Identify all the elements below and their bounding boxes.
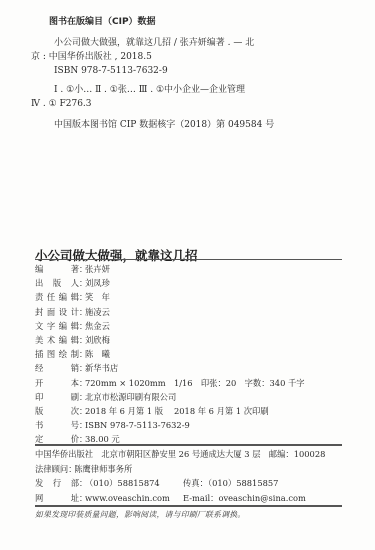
credit-label: 经销	[35, 361, 79, 375]
credit-value: 笑 年	[85, 290, 110, 304]
credit-value: 焦金云	[85, 319, 110, 333]
credit-row: 印刷：北京市松源印刷有限公司	[35, 390, 305, 404]
credit-label: 责任编辑	[35, 290, 79, 304]
credit-row: 插图绘制：陈 曦	[35, 347, 305, 361]
divider	[35, 444, 342, 446]
credit-row: 责任编辑：笑 年	[35, 290, 305, 304]
cip-isbn: ISBN 978-7-5113-7632-9	[31, 64, 351, 78]
phone-number: （010）58815874	[85, 476, 160, 491]
credit-row: 书号：ISBN 978-7-5113-7632-9	[35, 418, 305, 432]
credit-value: 北京市松源印刷有限公司	[85, 390, 176, 404]
divider	[35, 259, 342, 260]
credit-label: 版次	[35, 404, 79, 418]
credit-row: 开本：720mm × 1020mm 1/16 印张：20 字数：340 千字	[35, 376, 305, 390]
fax-number: （010）58815857	[208, 478, 279, 488]
credit-label: 印刷	[35, 390, 79, 404]
divider	[35, 505, 342, 507]
website-link[interactable]: www.oveaschin.com	[85, 491, 170, 506]
publisher-address: 中国华侨出版社 北京市朝阳区静安里 26 号通成达大厦 3 层 邮编：10002…	[35, 447, 325, 462]
credit-label: 编著	[35, 262, 79, 276]
cip-title: 图书在版编目（CIP）数据	[49, 14, 351, 27]
credits-list: 编著：张卉妍 出版人：刘凤珍 责任编辑：笑 年 封面设计：施凌云 文字编辑：焦金…	[35, 262, 305, 446]
cip-line: 小公司做大做强，就靠这几招 / 张卉妍编著 . — 北	[31, 36, 351, 50]
credit-label: 书号	[35, 418, 79, 432]
cip-line: 京 : 中国华侨出版社 , 2018.5	[31, 50, 351, 64]
email-link[interactable]: oveaschin@sina.com	[218, 493, 305, 503]
credit-row: 文字编辑：焦金云	[35, 319, 305, 333]
cip-block: 图书在版编目（CIP）数据 小公司做大做强，就靠这几招 / 张卉妍编著 . — …	[31, 14, 351, 132]
cip-line: Ⅳ . ① F276.3	[31, 97, 351, 111]
distribution-row: 发行部：（010）58815874传真：（010）58815857	[35, 476, 325, 491]
cip-classification: Ⅰ . ①小… Ⅱ . ①张… Ⅲ . ①中小企业—企业管理	[31, 83, 351, 97]
credit-value: 720mm × 1020mm 1/16 印张：20 字数：340 千字	[85, 376, 305, 390]
credit-value: 2018 年 6 月第 1 版 2018 年 6 月第 1 次印刷	[85, 404, 269, 418]
credit-label: 美术编辑	[35, 333, 79, 347]
credit-label: 文字编辑	[35, 319, 79, 333]
credit-value: 新华书店	[85, 361, 118, 375]
credit-value: 刘凤珍	[85, 276, 110, 290]
credit-row: 封面设计：施凌云	[35, 305, 305, 319]
legal-advisor-row: 法律顾问：陈鹰律师事务所	[35, 462, 325, 477]
quality-notice: 如果发现印装质量问题，影响阅读，请与印刷厂联系调换。	[35, 509, 246, 520]
publisher-info: 中国华侨出版社 北京市朝阳区静安里 26 号通成达大厦 3 层 邮编：10002…	[35, 447, 325, 505]
web-row: 网址：www.oveaschin.comE-mail：oveaschin@sin…	[35, 491, 325, 506]
credit-row: 版次：2018 年 6 月第 1 版 2018 年 6 月第 1 次印刷	[35, 404, 305, 418]
credit-label: 开本	[35, 376, 79, 390]
credit-value: 张卉妍	[85, 262, 110, 276]
credit-label: 插图绘制	[35, 347, 79, 361]
credit-row: 美术编辑：刘欣梅	[35, 333, 305, 347]
credit-label: 出版人	[35, 276, 79, 290]
credit-row: 出版人：刘凤珍	[35, 276, 305, 290]
credit-value: 施凌云	[85, 305, 110, 319]
credit-value: 陈 曦	[85, 347, 110, 361]
credit-value: ISBN 978-7-5113-7632-9	[85, 418, 190, 432]
credit-row: 经销：新华书店	[35, 361, 305, 375]
cip-record-number: 中国版本图书馆 CIP 数据核字（2018）第 049584 号	[31, 118, 351, 132]
credit-row: 编著：张卉妍	[35, 262, 305, 276]
credit-value: 刘欣梅	[85, 333, 110, 347]
credit-label: 封面设计	[35, 305, 79, 319]
